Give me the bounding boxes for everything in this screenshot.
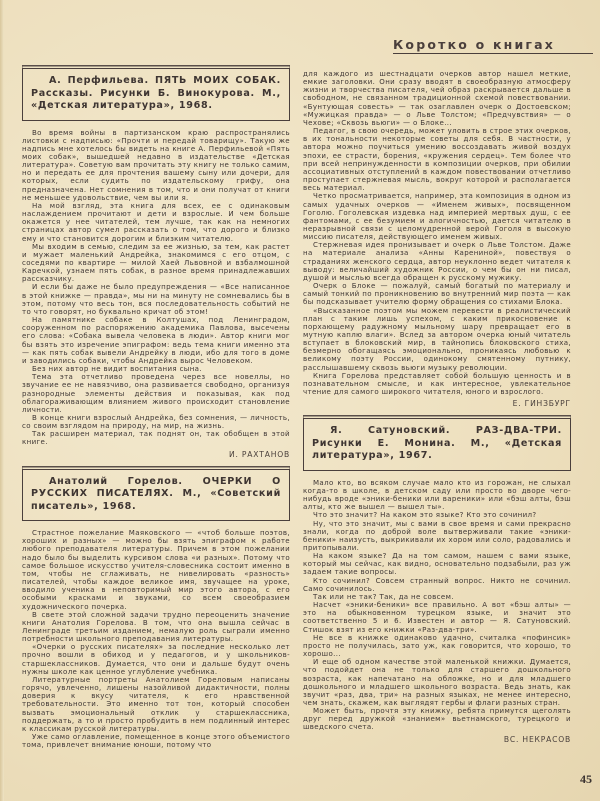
paragraph-continued: Уже само оглавление, помещенное в конце … xyxy=(22,733,290,749)
book-header-gorelov: Анатолий Горелов. Очерки о русских писат… xyxy=(22,469,290,522)
book-details: Рисунки Е. Монина. М., «Детская литерату… xyxy=(312,438,562,462)
right-column: для каждого из шестнадцати очерков автор… xyxy=(303,70,571,754)
paragraph: Книга Горелова представляет собой большу… xyxy=(303,372,571,396)
paragraph: «Очерки о русских писателях» за последни… xyxy=(22,643,290,676)
paragraph: Насчет «эники-беники» все правильно. А в… xyxy=(303,601,571,634)
review-body-perfilyeva: Во время войны в партизанском краю распр… xyxy=(22,129,290,447)
paragraph: Четко просматривается, например, эта ком… xyxy=(303,192,571,241)
paragraph: На памятнике собаке в Колтушах, под Лени… xyxy=(22,316,290,365)
book-author: А. Перфильева. xyxy=(49,75,149,86)
paragraph-continuation: для каждого из шестнадцати очерков автор… xyxy=(303,70,571,127)
paragraph: Мы входим в семью, следим за ее жизнью, … xyxy=(22,243,290,284)
paragraph: На каком языке? Да на том самом, нашем с… xyxy=(303,552,571,576)
paragraph: Может быть, прочтя эту книжку, ребята пр… xyxy=(303,707,571,731)
book-author: Я. Сатуновский. xyxy=(330,425,450,436)
paragraph: В конце книги взрослый Андрейка, без сом… xyxy=(22,414,290,430)
left-column: А. Перфильева. Пять моих собак. Рассказы… xyxy=(22,68,290,749)
reviewer-signature: ВС. НЕКРАСОВ xyxy=(303,735,571,744)
magazine-page: Коротко о книгах А. Перфильева. Пять мои… xyxy=(0,0,600,801)
paragraph: Не все в книжке одинаково удачно, считал… xyxy=(303,634,571,658)
book-title: Раз-два-три. xyxy=(476,425,562,436)
section-heading: Коротко о книгах xyxy=(393,37,593,54)
page-fold-shadow xyxy=(0,0,4,801)
paragraph: В свете этой сложной задачи трудно перео… xyxy=(22,611,290,644)
paragraph: Кто сочинил? Совсем странный вопрос. Ник… xyxy=(303,577,571,593)
paragraph: На мой взгляд, эта книга для всех, ее с … xyxy=(22,202,290,243)
paragraph: Ну, что это значит, мы с вами в свое вре… xyxy=(303,520,571,553)
reviewer-signature: Е. ГИНЗБУРГ xyxy=(303,399,571,408)
reviewer-signature: И. РАХТАНОВ xyxy=(22,450,290,459)
paragraph: Очерк о Блоке — пожалуй, самый богатый п… xyxy=(303,282,571,306)
book-author: Анатолий Горелов. xyxy=(49,476,183,487)
review-body-gorelov-part2: для каждого из шестнадцати очерков автор… xyxy=(303,70,571,396)
paragraph: И еще об одном качестве этой маленькой к… xyxy=(303,658,571,707)
paragraph: Мало кто, во всяком случае мало кто из г… xyxy=(303,479,571,512)
paragraph: И если бы даже не было предупреждения — … xyxy=(22,283,290,316)
paragraph: Так расширен материал, так поднят он, та… xyxy=(22,430,290,446)
review-body-gorelov-part1: Страстное пожелание Маяковского — «чтоб … xyxy=(22,529,290,749)
review-body-satunovsky: Мало кто, во всяком случае мало кто из г… xyxy=(303,479,571,732)
paragraph: Литературные портреты Анатолием Гореловы… xyxy=(22,676,290,733)
paragraph: Педагог, в свою очередь, может уловить в… xyxy=(303,127,571,192)
paragraph: Стержневая идея пронизывает и очерк о Ль… xyxy=(303,241,571,282)
paragraph: Тема эта отчетливо проведена через все н… xyxy=(22,373,290,414)
book-header-perfilyeva: А. Перфильева. Пять моих собак. Рассказы… xyxy=(22,68,290,121)
book-details: Рассказы. Рисунки Б. Винокурова. М., «Де… xyxy=(31,88,281,112)
page-number: 45 xyxy=(580,772,592,787)
paragraph: «Высказанное поэтом мы можем перевести в… xyxy=(303,307,571,372)
paragraph: Во время войны в партизанском краю распр… xyxy=(22,129,290,202)
paragraph: Страстное пожелание Маяковского — «чтоб … xyxy=(22,529,290,611)
book-header-satunovsky: Я. Сатуновский. Раз-два-три. Рисунки Е. … xyxy=(303,418,571,471)
book-title: Пять моих собак. xyxy=(155,75,281,86)
